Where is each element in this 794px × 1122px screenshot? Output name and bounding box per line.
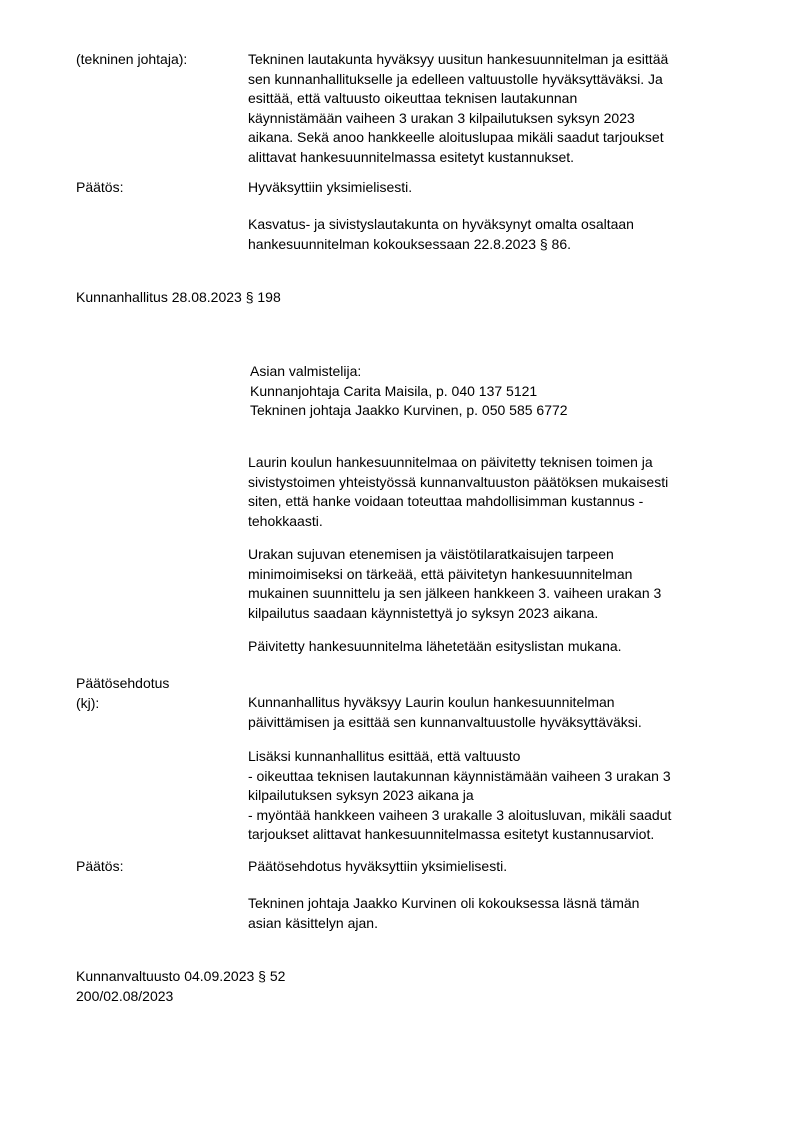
text-line: päivittämisen ja esittää sen kunnanvaltu… — [248, 713, 642, 733]
section-label-technical-director: (tekninen johtaja): — [76, 50, 187, 70]
text-line: kilpailutuksen syksyn 2023 aikana ja — [248, 786, 671, 806]
kunnanhallitus-heading: Kunnanhallitus 28.08.2023 § 198 — [76, 288, 281, 308]
text-line: Tekninen lautakunta hyväksyy uusitun han… — [248, 50, 668, 70]
label-line: Päätösehdotus — [76, 674, 169, 694]
decision-note: Tekninen johtaja Jaakko Kurvinen oli kok… — [248, 894, 639, 933]
text-line: Kasvatus- ja sivistyslautakunta on hyväk… — [248, 215, 634, 235]
text-line: Kunnanhallitus hyväksyy Laurin koulun ha… — [248, 693, 642, 713]
proposal-label: Päätösehdotus (kj): — [76, 674, 169, 713]
decision-text: Päätösehdotus hyväksyttiin yksimielisest… — [248, 857, 507, 877]
proposal-additional: Lisäksi kunnanhallitus esittää, että val… — [248, 747, 671, 845]
text-line: minimoimiseksi on tärkeää, että päivitet… — [248, 565, 661, 585]
body-paragraph: Urakan sujuvan etenemisen ja väistötilar… — [248, 545, 661, 623]
text-line: tarjoukset alittavat hankesuunnitelmassa… — [248, 825, 671, 845]
text-line: mukainen suunnittelu ja sen jälkeen hank… — [248, 584, 661, 604]
text-line: asian käsittelyn ajan. — [248, 914, 639, 934]
decision-text: Hyväksyttiin yksimielisesti. — [248, 178, 412, 198]
body-paragraph: Päivitetty hankesuunnitelma lähetetään e… — [248, 637, 622, 657]
preparer-info: Asian valmistelija: Kunnanjohtaja Carita… — [250, 362, 568, 421]
text-line: aikana. Sekä anoo hankkeelle aloituslupa… — [248, 128, 668, 148]
technical-director-proposal: Tekninen lautakunta hyväksyy uusitun han… — [248, 50, 668, 168]
text-line: sivistystoimen yhteistyössä kunnanvaltuu… — [248, 473, 668, 493]
text-line: hankesuunnitelman kokouksessaan 22.8.202… — [248, 235, 634, 255]
body-paragraph: Laurin koulun hankesuunnitelmaa on päivi… — [248, 453, 668, 531]
preparer-contact: Tekninen johtaja Jaakko Kurvinen, p. 050… — [250, 401, 568, 421]
text-line: sen kunnanhallitukselle ja edelleen valt… — [248, 70, 668, 90]
preparer-contact: Kunnanjohtaja Carita Maisila, p. 040 137… — [250, 382, 568, 402]
text-line: - myöntää hankkeen vaiheen 3 urakalle 3 … — [248, 806, 671, 826]
text-line: Urakan sujuvan etenemisen ja väistötilar… — [248, 545, 661, 565]
text-line: Lisäksi kunnanhallitus esittää, että val… — [248, 747, 671, 767]
decision-note: Kasvatus- ja sivistyslautakunta on hyväk… — [248, 215, 634, 254]
text-line: kilpailutus saadaan käynnistettyä jo syk… — [248, 604, 661, 624]
text-line: Päivitetty hankesuunnitelma lähetetään e… — [248, 637, 622, 657]
text-line: tehokkaasti. — [248, 512, 668, 532]
reference-number: 200/02.08/2023 — [76, 987, 285, 1007]
preparer-title: Asian valmistelija: — [250, 362, 568, 382]
kunnanvaltuusto-heading: Kunnanvaltuusto 04.09.2023 § 52 200/02.0… — [76, 967, 285, 1006]
decision-label: Päätös: — [76, 178, 123, 198]
label-line: (kj): — [76, 694, 169, 714]
text-line: alittavat hankesuunnitelmassa esitetyt k… — [248, 148, 668, 168]
text-line: siten, että hanke voidaan toteuttaa mahd… — [248, 492, 668, 512]
text-line: esittää, että valtuusto oikeuttaa teknis… — [248, 89, 668, 109]
proposal-text: Kunnanhallitus hyväksyy Laurin koulun ha… — [248, 693, 642, 732]
text-line: käynnistämään vaiheen 3 urakan 3 kilpail… — [248, 109, 668, 129]
text-line: Laurin koulun hankesuunnitelmaa on päivi… — [248, 453, 668, 473]
decision-label: Päätös: — [76, 857, 123, 877]
text-line: Tekninen johtaja Jaakko Kurvinen oli kok… — [248, 894, 639, 914]
council-heading: Kunnanvaltuusto 04.09.2023 § 52 — [76, 967, 285, 987]
text-line: - oikeuttaa teknisen lautakunnan käynnis… — [248, 767, 671, 787]
